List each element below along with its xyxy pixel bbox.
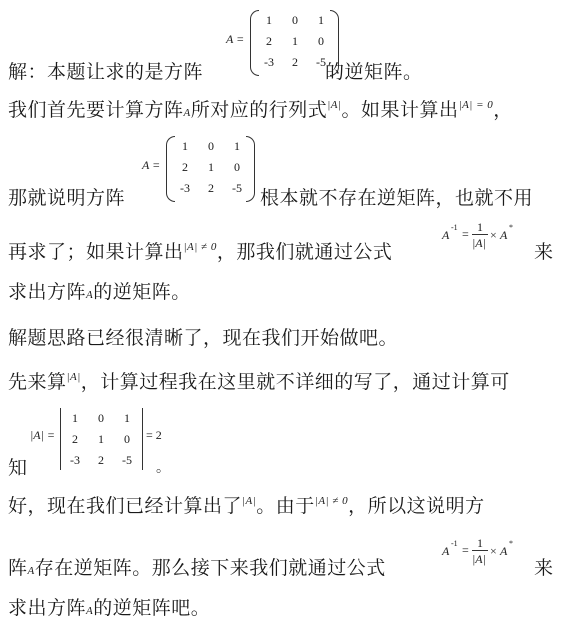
text: 。如果计算出 (342, 99, 459, 121)
cell: 0 (114, 429, 140, 450)
formula-sup: * (509, 223, 513, 232)
text: 我们首先要计算方阵 (8, 99, 184, 121)
det-label: |A| = (30, 428, 55, 443)
formula-den: |A| (472, 552, 486, 567)
cell: 1 (282, 31, 308, 52)
text: ， (493, 99, 513, 121)
text: ，所以这说明方 (348, 495, 485, 517)
paragraph-line: 好，现在我们已经计算出了|A|。由于|A| ≠ 0，所以这说明方 (8, 494, 485, 521)
text: 解题思路已经很清晰了，现在我们开始做吧。 (8, 327, 398, 349)
text: 知 (8, 457, 28, 479)
matrix-label: A = (226, 32, 244, 47)
paragraph-line: 求出方阵A的逆矩阵。 (8, 280, 191, 307)
formula-times: × (490, 228, 497, 243)
text: 求出方阵 (8, 281, 86, 303)
cell: 2 (62, 429, 88, 450)
text: ，计算过程我在这里就不详细的写了，通过计算可 (81, 371, 510, 393)
det-result: = 2 (146, 428, 162, 443)
math-cond: |A| ≠ 0 (184, 241, 217, 253)
paragraph-line: 来 (534, 240, 554, 264)
formula-den: |A| (472, 236, 486, 251)
text: ，那我们就通过公式 (217, 241, 393, 263)
paragraph-line: 那就说明方阵根本就不存在逆矩阵，也就不用 (8, 186, 533, 210)
paragraph-line: 知 (8, 456, 28, 480)
paragraph-line: 阵A存在逆矩阵。那么接下来我们就通过公式 (8, 556, 386, 583)
math-det: |A| (67, 371, 81, 383)
paragraph-line: 来 (534, 556, 554, 580)
text: 所对应的行列式 (191, 99, 328, 121)
inverse-formula-1: A -1 = 1 |A| × A * (442, 226, 532, 262)
math-var: A (184, 107, 191, 119)
cell: 1 (256, 10, 282, 31)
text: 先来算 (8, 371, 67, 393)
formula-num: 1 (477, 220, 483, 235)
paragraph-line: 我们首先要计算方阵A所对应的行列式|A|。如果计算出|A| = 0， (8, 98, 513, 125)
formula-sup: -1 (451, 539, 458, 548)
paragraph-line: 再求了；如果计算出|A| ≠ 0，那我们就通过公式 (8, 240, 392, 267)
text: 。由于 (256, 495, 315, 517)
left-bar (60, 408, 61, 470)
text: 的逆矩阵。 (325, 61, 423, 83)
text: 再求了；如果计算出 (8, 241, 184, 263)
formula-eq: = (462, 543, 469, 558)
math-det: |A| (327, 99, 341, 111)
cell: -5 (114, 450, 140, 471)
formula-sup: * (509, 539, 513, 548)
paragraph-line: 求出方阵A的逆矩阵吧。 (8, 596, 210, 622)
text: 解：本题让求的是方阵 (8, 61, 203, 83)
formula-times: × (490, 544, 497, 559)
formula-eq: = (462, 227, 469, 242)
text: 来 (534, 557, 554, 579)
text: 。 (156, 460, 171, 476)
math-cond: |A| = 0 (459, 99, 494, 111)
cell: 1 (172, 136, 198, 157)
text: 根本就不存在逆矩阵，也就不用 (260, 187, 533, 209)
text: 来 (534, 241, 554, 263)
text: 的逆矩阵。 (93, 281, 191, 303)
cell: 1 (88, 429, 114, 450)
cell: 2 (172, 157, 198, 178)
text: 阵 (8, 557, 28, 579)
formula-lhs: A (442, 228, 449, 243)
paragraph-line: 。 (156, 456, 171, 480)
formula-num: 1 (477, 536, 483, 551)
cell: -3 (62, 450, 88, 471)
math-det: |A| (242, 495, 256, 507)
cell: 1 (114, 408, 140, 429)
matrix-label: A = (142, 158, 160, 173)
cell: 1 (198, 157, 224, 178)
cell: 0 (282, 10, 308, 31)
formula-rhs: A (500, 228, 507, 243)
formula-lhs: A (442, 544, 449, 559)
math-var: A (28, 565, 35, 577)
formula-sup: -1 (451, 223, 458, 232)
inverse-formula-2: A -1 = 1 |A| × A * (442, 542, 532, 578)
cell: 0 (198, 136, 224, 157)
cell: 1 (62, 408, 88, 429)
right-bar (142, 408, 143, 470)
text: 那就说明方阵 (8, 187, 125, 209)
paragraph-line: 解题思路已经很清晰了，现在我们开始做吧。 (8, 326, 398, 350)
text: 存在逆矩阵。那么接下来我们就通过公式 (35, 557, 386, 579)
math-cond: |A| ≠ 0 (315, 495, 348, 507)
text: 的逆矩阵吧。 (93, 597, 210, 619)
cell: 0 (88, 408, 114, 429)
cell: 2 (256, 31, 282, 52)
paragraph-line: 解：本题让求的是方阵的逆矩阵。 (8, 60, 423, 84)
text: 好，现在我们已经计算出了 (8, 495, 242, 517)
determinant-a: |A| = 101 210 -32-5 = 2 (28, 406, 168, 472)
paragraph-line: 先来算|A|，计算过程我在这里就不详细的写了，通过计算可 (8, 370, 510, 397)
text: 求出方阵 (8, 597, 86, 619)
cell: 2 (88, 450, 114, 471)
formula-rhs: A (500, 544, 507, 559)
